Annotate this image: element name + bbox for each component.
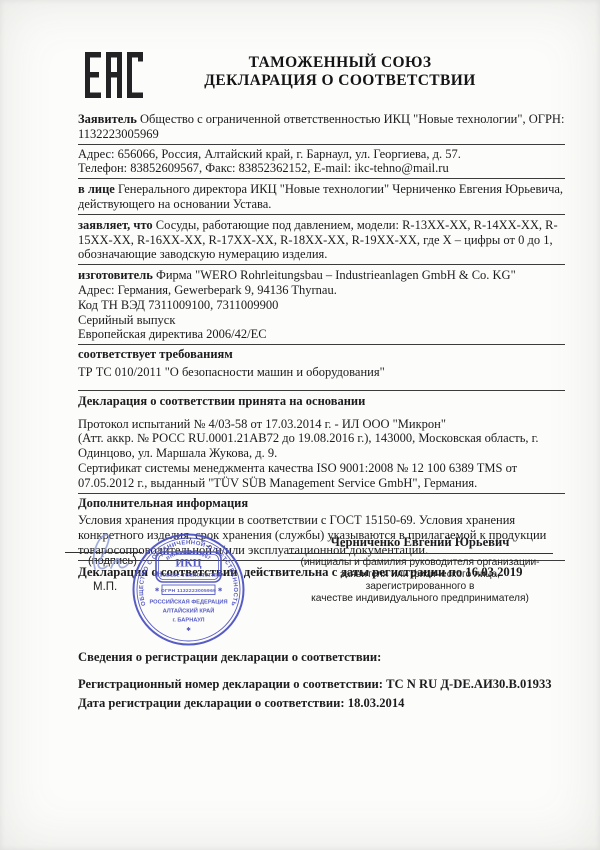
stamp-star-left: ✱ [155, 587, 160, 594]
representative-label: в лице [78, 182, 115, 196]
manufacturer-tnved: Код ТН ВЭД 7311009100, 7311009900 [78, 298, 565, 313]
name-caption-line: качестве индивидуального предпринимателя… [291, 593, 549, 605]
signatory-name-caption: (инициалы и фамилия руководителя организ… [291, 557, 549, 605]
stamp-region: АЛТАЙСКИЙ КРАЙ [163, 607, 215, 615]
declares-label: заявляет, что [78, 218, 153, 232]
name-caption-line: (инициалы и фамилия руководителя организ… [291, 557, 549, 569]
basis-line: (Атт. аккр. № РОСС RU.0001.21АВ72 до 19.… [78, 431, 565, 461]
stamp-star-bottom: ✱ [186, 626, 191, 633]
section-basis: Декларация о соответствии принята на осн… [78, 394, 565, 494]
manufacturer-directive: Европейская директива 2006/42/ЕС [78, 327, 565, 342]
title-line-1: ТАМОЖЕННЫЙ СОЮЗ [110, 54, 570, 72]
stamp-ogrn: ОГРН 1132223005969 [161, 588, 216, 594]
basis-line: Сертификат системы менеджмента качества … [78, 461, 565, 491]
applicant-contacts: Телефон: 83852609567, Факс: 83852362152,… [78, 161, 565, 176]
section-applicant-contacts: Адрес: 656066, Россия, Алтайский край, г… [78, 147, 565, 180]
representative-text: Генерального директора ИКЦ "Новые технол… [78, 182, 563, 211]
document-title: ТАМОЖЕННЫЙ СОЮЗ ДЕКЛАРАЦИЯ О СООТВЕТСТВИ… [110, 54, 570, 90]
section-declares: заявляет, что Сосуды, работающие под дав… [78, 218, 565, 265]
section-representative: в лице Генерального директора ИКЦ "Новые… [78, 182, 565, 215]
company-stamp: ОБЩЕСТВО С ОГРАНИЧЕННОЙ ОТВЕТСТВЕННОСТЬЮ… [130, 531, 247, 653]
manufacturer-label: изготовитель [78, 268, 153, 282]
basis-line: Протокол испытаний № 4/03-58 от 17.03.20… [78, 417, 565, 432]
additional-heading: Дополнительная информация [78, 496, 565, 511]
section-compliance: соответствует требованиям ТР ТС 010/2011… [78, 347, 565, 391]
registration-heading: Сведения о регистрации декларации о соот… [78, 650, 381, 665]
compliance-text: ТР ТС 010/2011 "О безопасности машин и о… [78, 365, 565, 380]
stamp-country: РОССИЙСКАЯ ФЕДЕРАЦИЯ [149, 598, 227, 606]
declaration-document: ТАМОЖЕННЫЙ СОЮЗ ДЕКЛАРАЦИЯ О СООТВЕТСТВИ… [0, 0, 600, 850]
section-applicant: Заявитель Общество с ограниченной ответс… [78, 112, 565, 145]
registration-date-line: Дата регистрации декларации о соответств… [78, 696, 404, 711]
signatory-name: Черниченко Евгений Юрьевич [287, 535, 553, 554]
registration-date-label: Дата регистрации декларации о соответств… [78, 696, 345, 710]
section-manufacturer: изготовитель Фирма "WERO Rohrleitungsbau… [78, 268, 565, 345]
stamp-org-name: «Новые технологии» [153, 570, 225, 579]
registration-number-value: ТС N RU Д-DE.АИ30.В.01933 [386, 677, 551, 691]
compliance-heading: соответствует требованиям [78, 347, 565, 362]
stamp-org-abbr: ИКЦ [175, 558, 201, 570]
manufacturer-serial: Серийный выпуск [78, 313, 565, 328]
registration-number-label: Регистрационный номер декларации о соотв… [78, 677, 383, 691]
registration-number-line: Регистрационный номер декларации о соотв… [78, 677, 552, 692]
registration-date-value: 18.03.2014 [348, 696, 405, 710]
manufacturer-firm: Фирма "WERO Rohrleitungsbau – Industriea… [156, 268, 516, 282]
applicant-address: Адрес: 656066, Россия, Алтайский край, г… [78, 147, 565, 162]
title-line-2: ДЕКЛАРАЦИЯ О СООТВЕТСТВИИ [110, 72, 570, 90]
company-stamp-icon: ОБЩЕСТВО С ОГРАНИЧЕННОЙ ОТВЕТСТВЕННОСТЬЮ… [130, 531, 247, 648]
applicant-label: Заявитель [78, 112, 137, 126]
manufacturer-firm-line: изготовитель Фирма "WERO Rohrleitungsbau… [78, 268, 565, 283]
document-body: Заявитель Общество с ограниченной ответс… [78, 112, 565, 580]
manufacturer-address: Адрес: Германия, Gewerbepark 9, 94136 Th… [78, 283, 565, 298]
stamp-city: г. БАРНАУЛ [172, 618, 204, 624]
basis-heading: Декларация о соответствии принята на осн… [78, 394, 565, 409]
stamp-star-right: ✱ [218, 587, 223, 594]
name-caption-line: заявителя или физического лица, зарегист… [291, 569, 549, 593]
applicant-text: Общество с ограниченной ответственностью… [78, 112, 564, 141]
